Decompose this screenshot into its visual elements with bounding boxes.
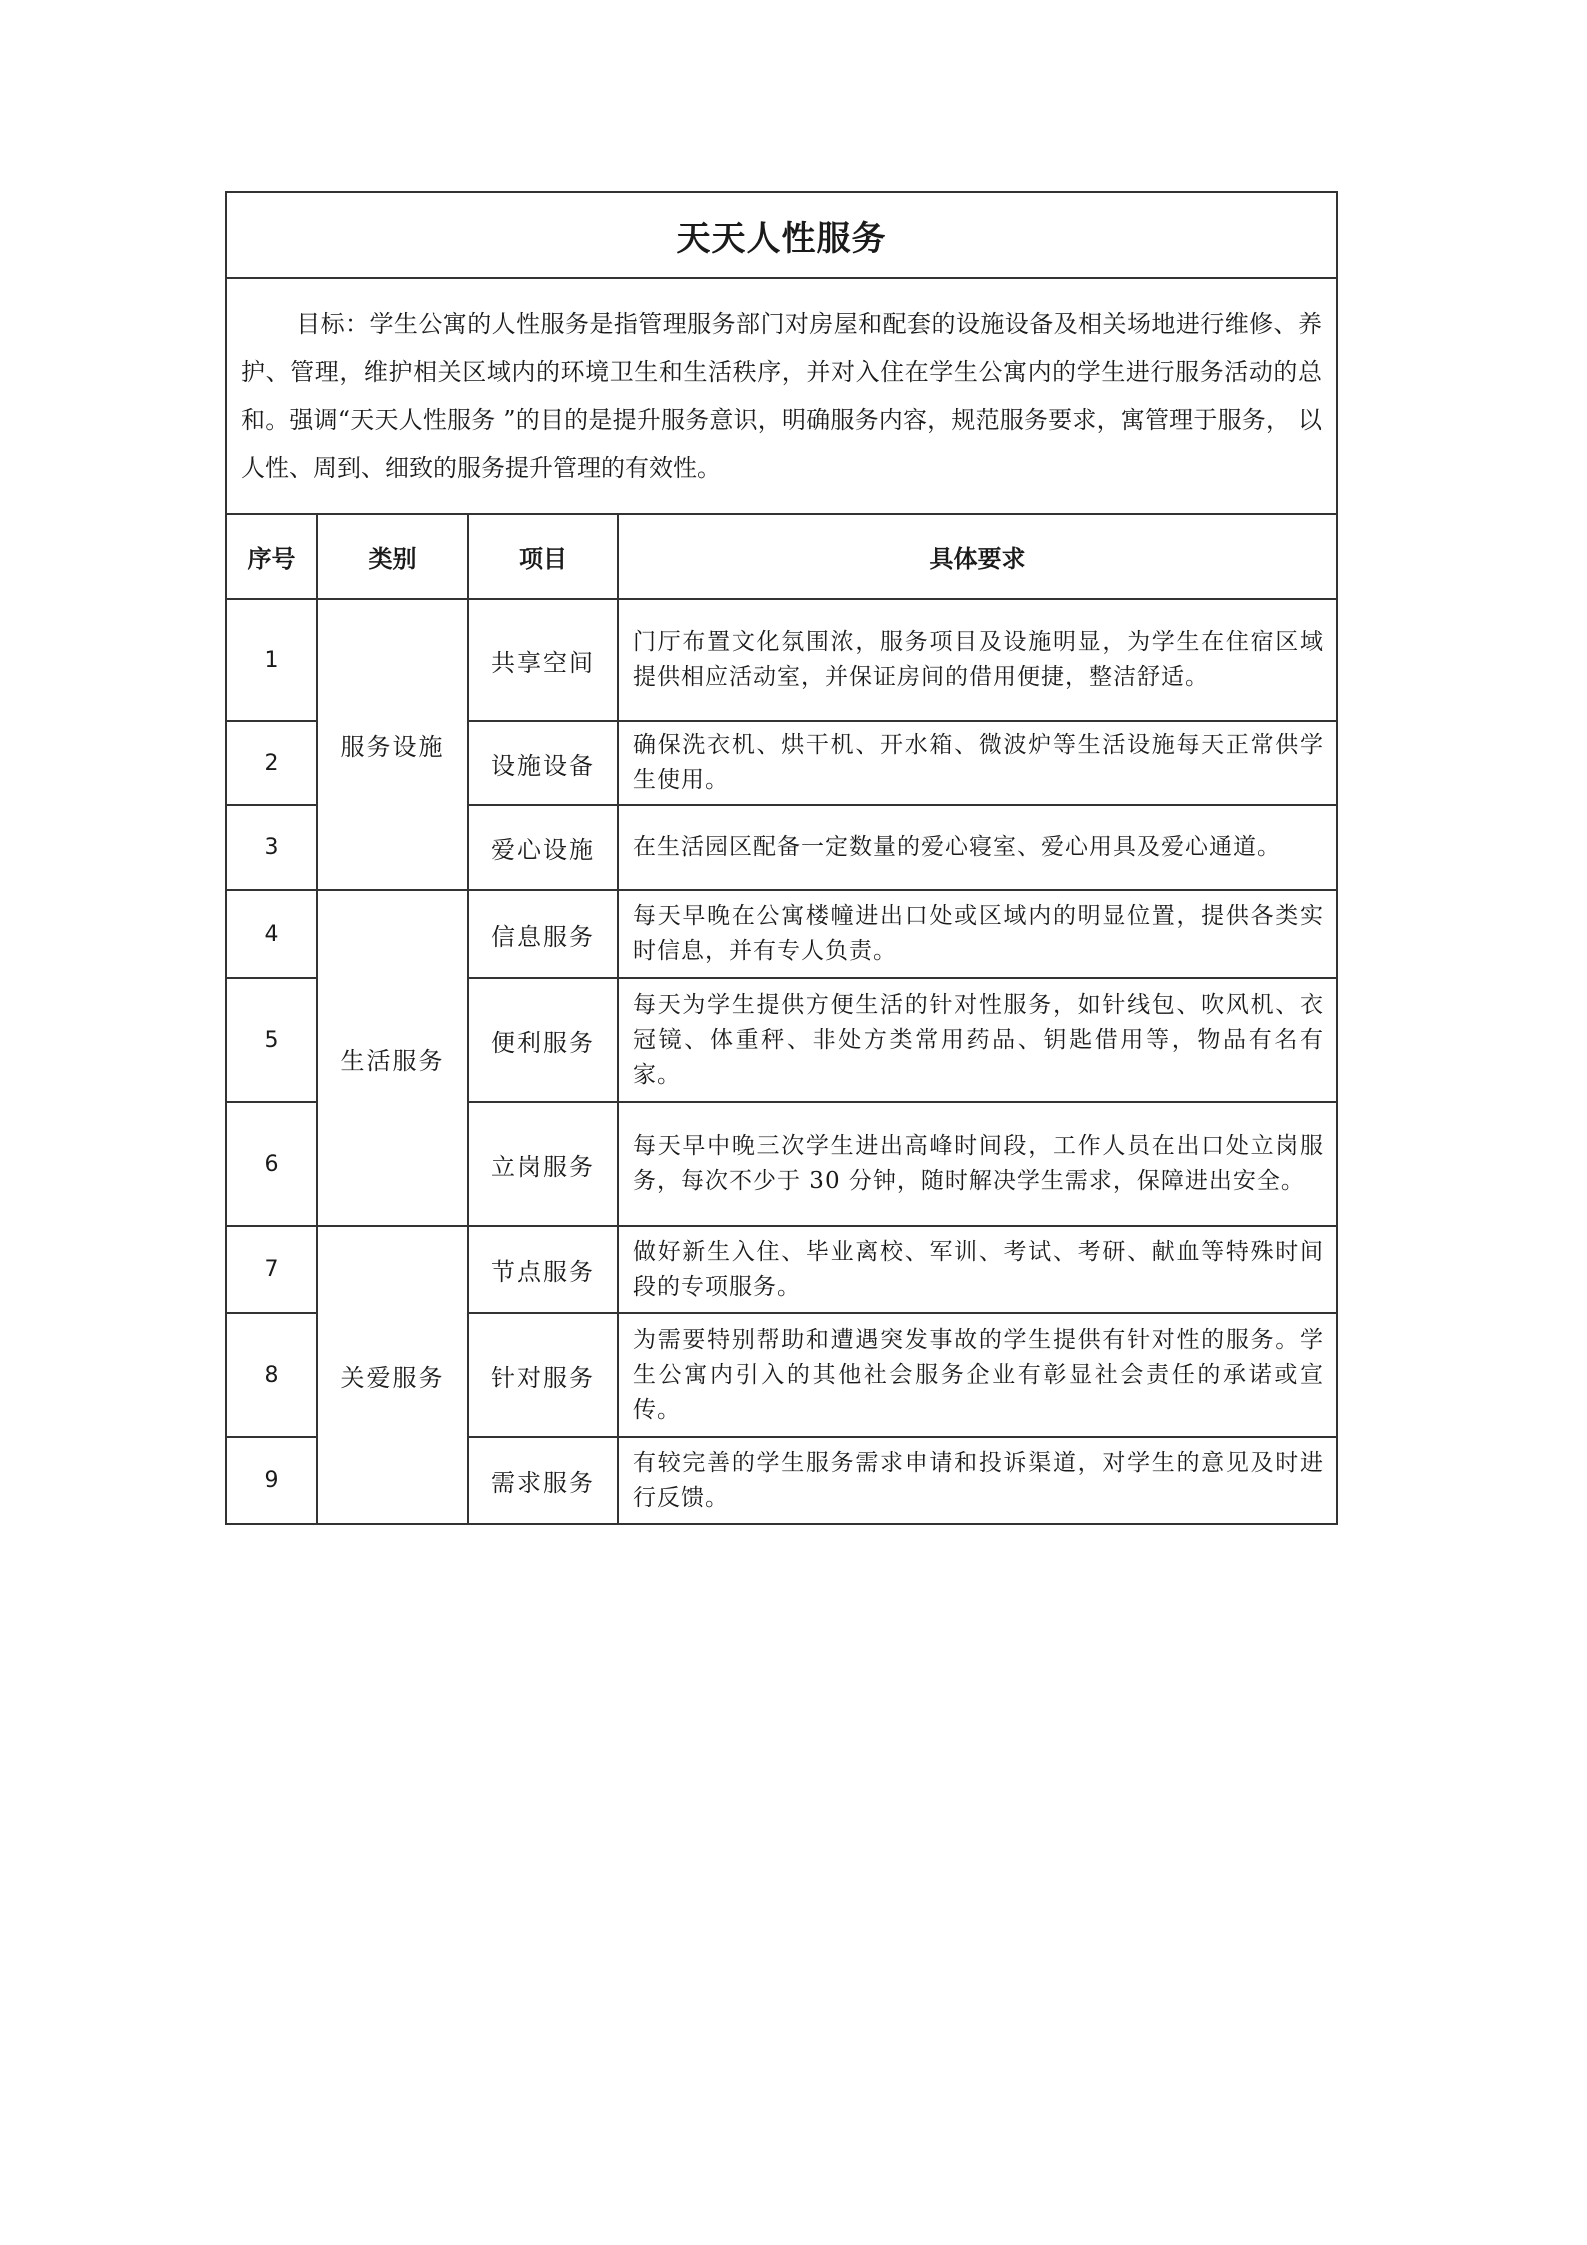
requirement-cell: 确保洗衣机、烘干机、开水箱、微波炉等生活设施每天正常供学生使用。 xyxy=(618,721,1337,805)
row-no: 4 xyxy=(226,890,317,978)
item-cell: 立岗服务 xyxy=(468,1102,618,1226)
row-no: 5 xyxy=(226,978,317,1102)
category-cell: 服务设施 xyxy=(317,599,468,890)
row-no: 7 xyxy=(226,1226,317,1313)
requirement-cell: 每天早晚在公寓楼幢进出口处或区域内的明显位置，提供各类实时信息，并有专人负责。 xyxy=(618,890,1337,978)
table-row: 4 生活服务 信息服务 每天早晚在公寓楼幢进出口处或区域内的明显位置，提供各类实… xyxy=(226,890,1337,978)
row-no: 8 xyxy=(226,1313,317,1437)
document-title: 天天人性服务 xyxy=(226,192,1337,278)
item-cell: 便利服务 xyxy=(468,978,618,1102)
item-cell: 节点服务 xyxy=(468,1226,618,1313)
item-cell: 设施设备 xyxy=(468,721,618,805)
requirement-cell: 有较完善的学生服务需求申请和投诉渠道，对学生的意见及时进行反馈。 xyxy=(618,1437,1337,1524)
intro-cell: 目标：学生公寓的人性服务是指管理服务部门对房屋和配套的设施设备及相关场地进行维修… xyxy=(226,278,1337,514)
category-cell: 生活服务 xyxy=(317,890,468,1226)
item-cell: 爱心设施 xyxy=(468,805,618,890)
header-category: 类别 xyxy=(317,514,468,599)
header-item: 项目 xyxy=(468,514,618,599)
row-no: 6 xyxy=(226,1102,317,1226)
requirement-cell: 在生活园区配备一定数量的爱心寝室、爱心用具及爱心通道。 xyxy=(618,805,1337,890)
category-cell: 关爱服务 xyxy=(317,1226,468,1524)
requirement-cell: 每天早中晚三次学生进出高峰时间段，工作人员在出口处立岗服务，每次不少于 30 分… xyxy=(618,1102,1337,1226)
requirement-cell: 门厅布置文化氛围浓，服务项目及设施明显，为学生在住宿区域提供相应活动室，并保证房… xyxy=(618,599,1337,721)
header-no: 序号 xyxy=(226,514,317,599)
item-cell: 针对服务 xyxy=(468,1313,618,1437)
requirement-cell: 做好新生入住、毕业离校、军训、考试、考研、献血等特殊时间段的专项服务。 xyxy=(618,1226,1337,1313)
intro-row: 目标：学生公寓的人性服务是指管理服务部门对房屋和配套的设施设备及相关场地进行维修… xyxy=(226,278,1337,514)
row-no: 1 xyxy=(226,599,317,721)
row-no: 3 xyxy=(226,805,317,890)
requirement-cell: 为需要特别帮助和遭遇突发事故的学生提供有针对性的服务。学生公寓内引入的其他社会服… xyxy=(618,1313,1337,1437)
header-row: 序号 类别 项目 具体要求 xyxy=(226,514,1337,599)
table-row: 7 关爱服务 节点服务 做好新生入住、毕业离校、军训、考试、考研、献血等特殊时间… xyxy=(226,1226,1337,1313)
requirement-cell: 每天为学生提供方便生活的针对性服务，如针线包、吹风机、衣冠镜、体重秤、非处方类常… xyxy=(618,978,1337,1102)
service-table: 天天人性服务 目标：学生公寓的人性服务是指管理服务部门对房屋和配套的设施设备及相… xyxy=(225,191,1338,1525)
row-no: 9 xyxy=(226,1437,317,1524)
row-no: 2 xyxy=(226,721,317,805)
header-requirement: 具体要求 xyxy=(618,514,1337,599)
item-cell: 信息服务 xyxy=(468,890,618,978)
table-row: 1 服务设施 共享空间 门厅布置文化氛围浓，服务项目及设施明显，为学生在住宿区域… xyxy=(226,599,1337,721)
item-cell: 共享空间 xyxy=(468,599,618,721)
intro-paragraph: 目标：学生公寓的人性服务是指管理服务部门对房屋和配套的设施设备及相关场地进行维修… xyxy=(241,300,1322,492)
title-row: 天天人性服务 xyxy=(226,192,1337,278)
item-cell: 需求服务 xyxy=(468,1437,618,1524)
